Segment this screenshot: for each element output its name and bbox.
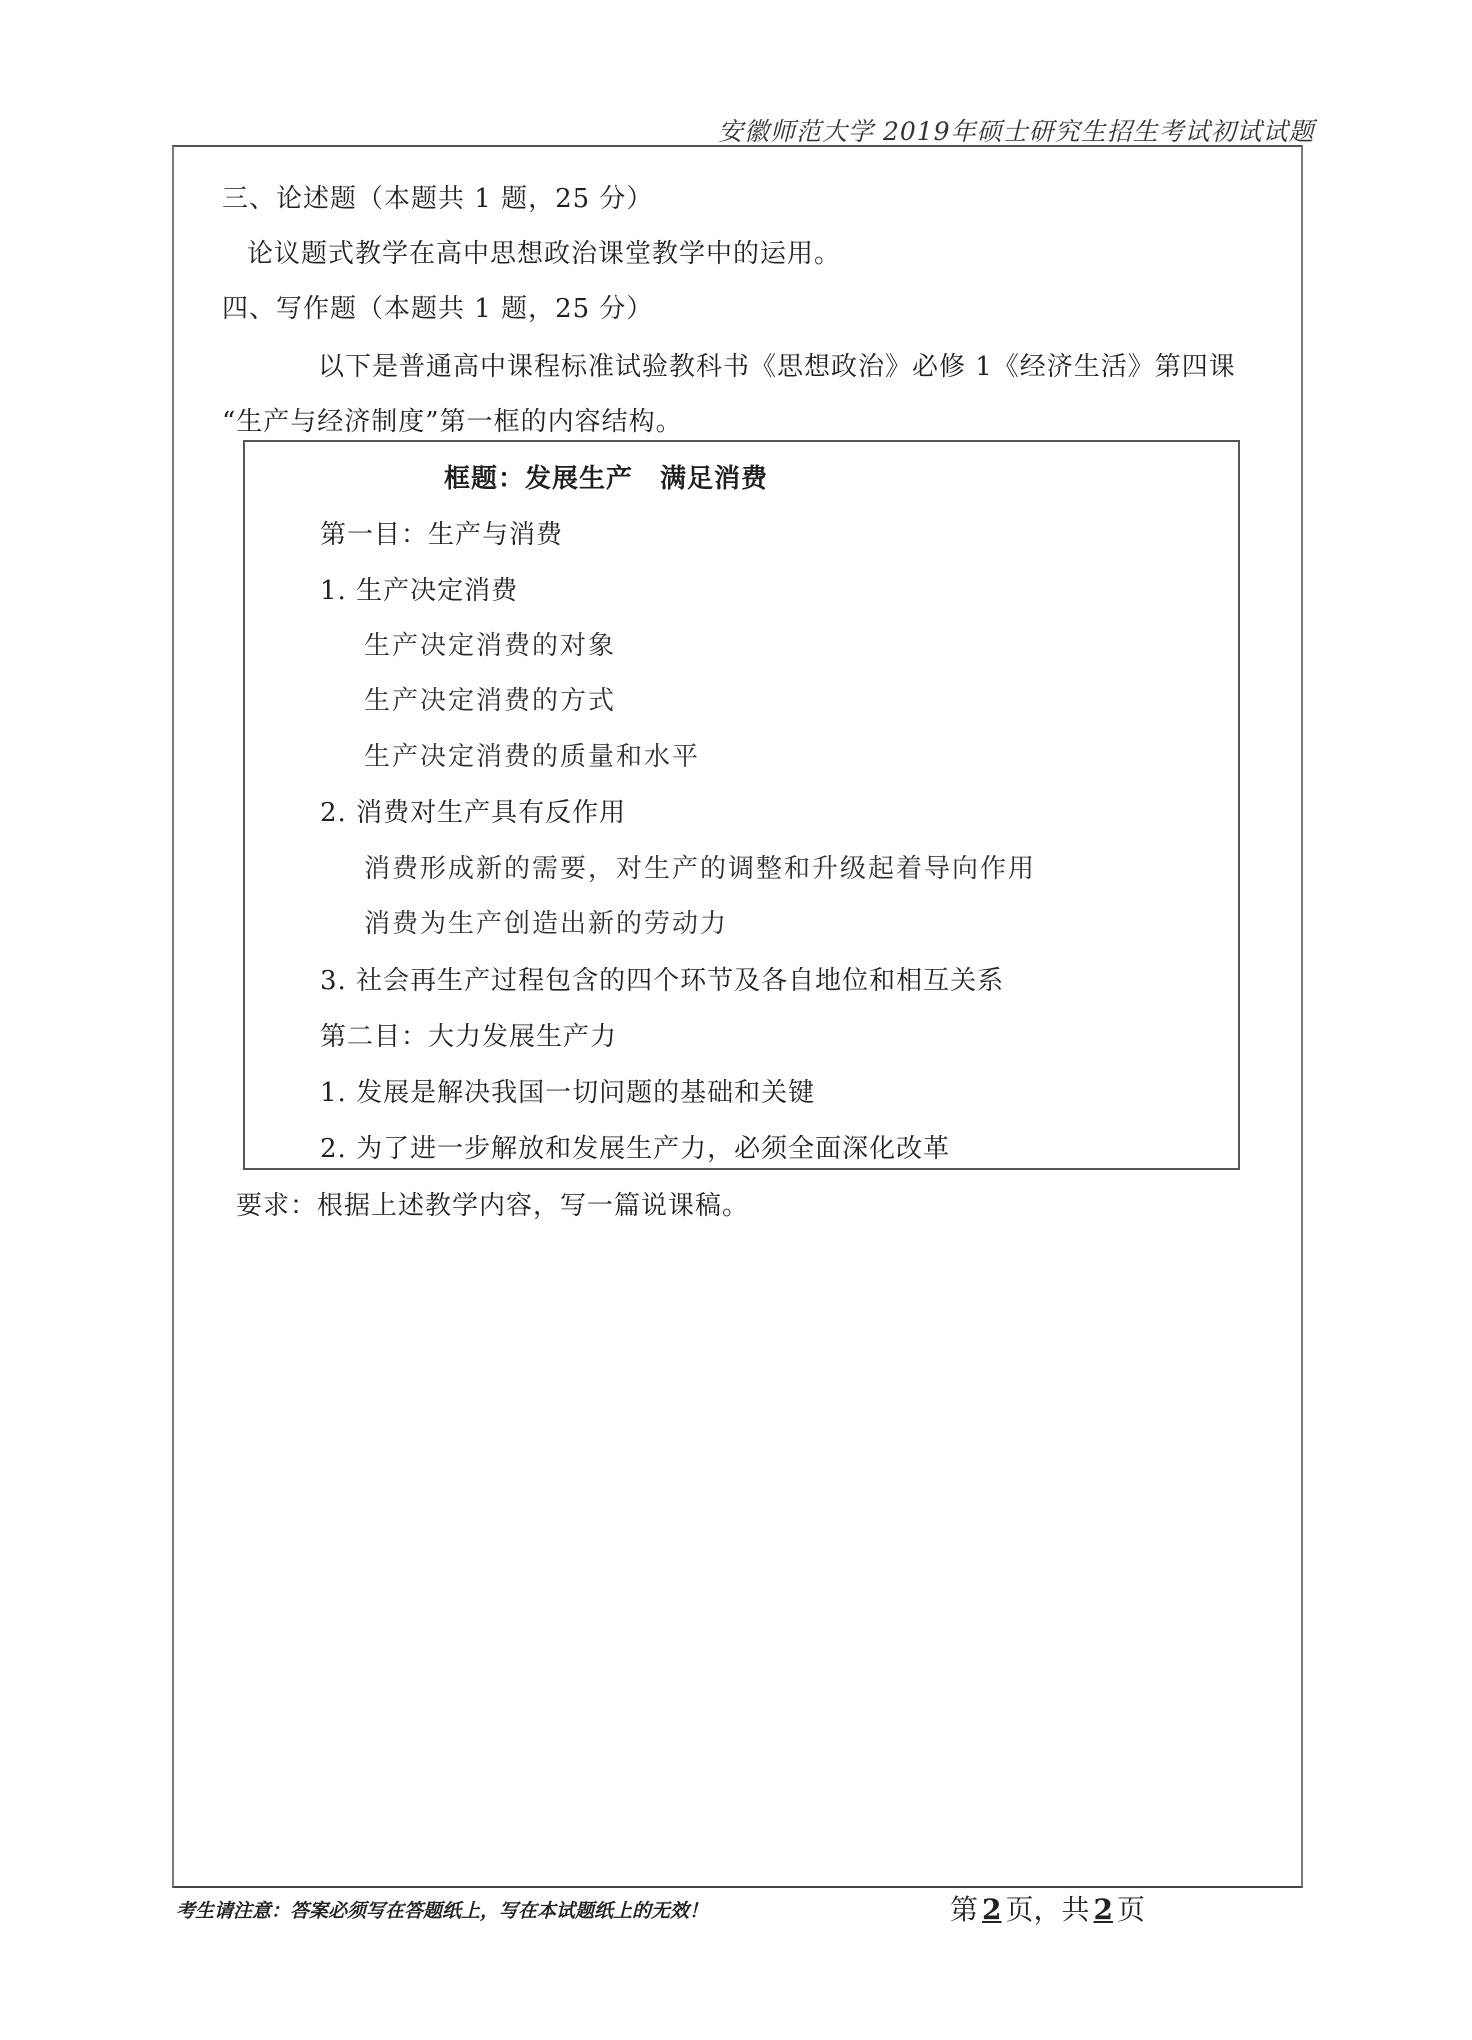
box-line-1-2-a: 消费形成新的需要，对生产的调整和升级起着导向作用 [364, 848, 1036, 885]
box-line-1-1-b: 生产决定消费的方式 [364, 680, 616, 717]
exam-header-title: 安徽师范大学 2019年硕士研究生招生考试初试试题 [718, 112, 1288, 148]
candidate-notice: 考生请注意：答案必须写在答题纸上，写在本试题纸上的无效！ [176, 1896, 708, 1923]
box-line-2-1: 1. 发展是解决我国一切问题的基础和关键 [320, 1072, 815, 1109]
page-indicator: 第2页，共2页 [950, 1888, 1145, 1928]
section-3-question: 论议题式教学在高中思想政治课堂教学中的运用。 [247, 233, 841, 270]
box-line-1-1-a: 生产决定消费的对象 [364, 625, 616, 662]
box-line-1-2-b: 消费为生产创造出新的劳动力 [364, 903, 728, 940]
box-line-1-3: 3. 社会再生产过程包含的四个环节及各自地位和相互关系 [320, 960, 1004, 997]
box-title: 框题：发展生产 满足消费 [444, 458, 768, 495]
box-line-unit-1: 第一目：生产与消费 [320, 514, 563, 551]
box-line-2-2: 2. 为了进一步解放和发展生产力，必须全面深化改革 [320, 1128, 950, 1165]
box-line-1-1: 1. 生产决定消费 [320, 570, 518, 607]
section-4-intro-line-2: “生产与经济制度”第一框的内容结构。 [222, 401, 683, 438]
page-suffix: 页 [1117, 1893, 1145, 1926]
page-mid: 页，共 [1006, 1893, 1090, 1926]
page-prefix: 第 [950, 1893, 978, 1926]
box-line-unit-2: 第二目：大力发展生产力 [320, 1016, 617, 1053]
box-line-1-1-c: 生产决定消费的质量和水平 [364, 736, 700, 773]
section-4-requirement: 要求：根据上述教学内容，写一篇说课稿。 [236, 1185, 749, 1222]
box-line-1-2: 2. 消费对生产具有反作用 [320, 792, 626, 829]
section-4-intro-line-1: 以下是普通高中课程标准试验教科书《思想政治》必修 1《经济生活》第四课 [318, 346, 1236, 383]
section-4-heading: 四、写作题（本题共 1 题，25 分） [222, 288, 653, 325]
section-3-heading: 三、论述题（本题共 1 题，25 分） [222, 178, 653, 215]
page-total: 2 [1090, 1893, 1117, 1926]
page-current: 2 [978, 1893, 1005, 1926]
